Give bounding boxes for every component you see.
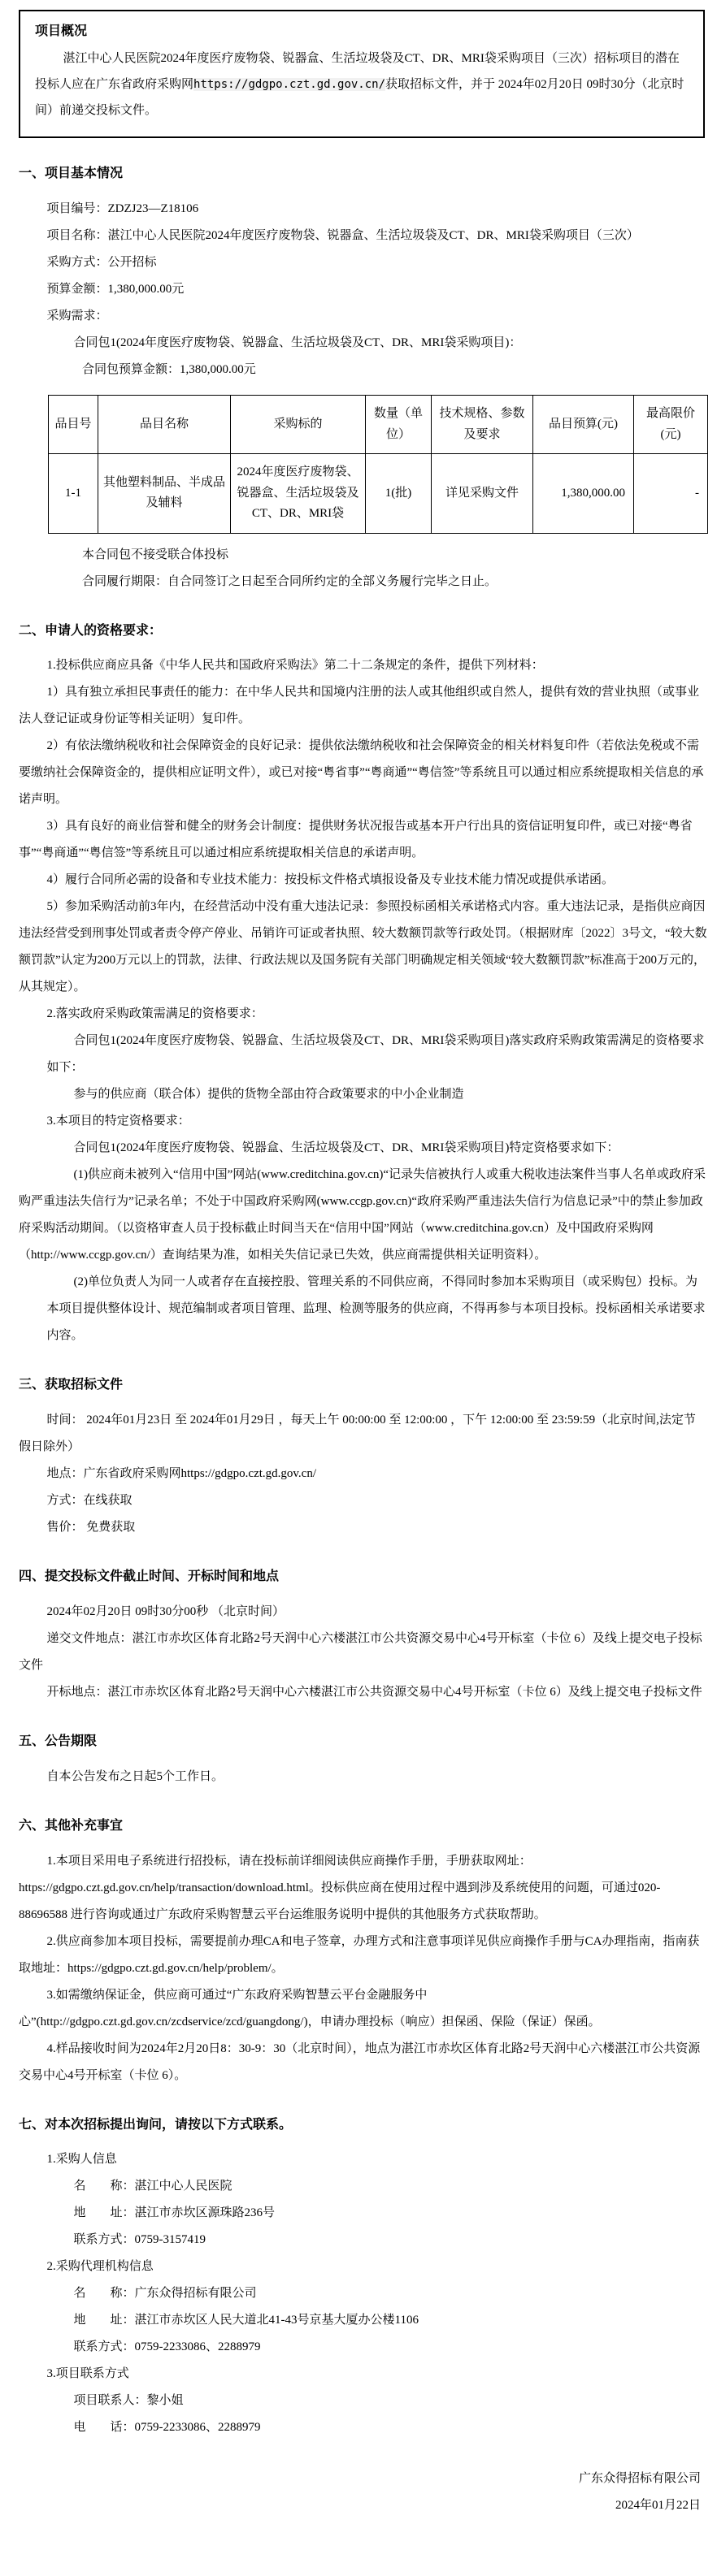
col-header-subject: 采购标的 <box>231 396 366 454</box>
table-row: 1-1 其他塑料制品、半成品及辅料 2024年度医疗废物袋、锐器盒、生活垃圾袋及… <box>49 454 708 534</box>
contract-package-budget-line: 合同包预算金额：1,380,000.00元 <box>82 357 707 383</box>
cell-item-budget: 1,380,000.00 <box>533 454 634 534</box>
col-header-item-no: 品目号 <box>49 396 98 454</box>
procurement-method-value: 公开招标 <box>108 256 157 269</box>
qualification-paragraph: 合同包1(2024年度医疗废物袋、锐器盒、生活垃圾袋及CT、DR、MRI袋采购项… <box>47 1028 708 1081</box>
project-name-value: 湛江中心人民医院2024年度医疗废物袋、锐器盒、生活垃圾袋及CT、DR、MRI袋… <box>108 229 639 242</box>
submission-place: 递交文件地点：湛江市赤坎区体育北路2号天润中心六楼湛江市公共资源交易中心4号开标… <box>19 1626 707 1679</box>
col-header-tech-spec: 技术规格、参数及要求 <box>432 396 533 454</box>
procurement-site-url: https://gdgpo.czt.gd.gov.cn/ <box>193 78 385 91</box>
project-name-label: 项目名称： <box>47 229 108 242</box>
project-number-label: 项目编号： <box>47 202 108 215</box>
bid-opening-place: 开标地点：湛江市赤坎区体育北路2号天润中心六楼湛江市公共资源交易中心4号开标室（… <box>19 1679 707 1706</box>
field-budget-amount: 预算金额：1,380,000.00元 <box>19 276 707 303</box>
qualification-paragraph: 参与的供应商（联合体）提供的货物全部由符合政策要求的中小企业制造 <box>47 1081 708 1108</box>
agency-info-title: 2.采购代理机构信息 <box>19 2253 707 2280</box>
performance-period-note: 合同履行期限：自合同签订之日起至合同所约定的全部义务履行完毕之日止。 <box>82 569 707 595</box>
agency-address: 地 址：湛江市赤坎区人民大道北41-43号京基大厦办公楼1106 <box>74 2307 708 2334</box>
announcement-document: 项目概况 湛江中心人民医院2024年度医疗废物袋、锐器盒、生活垃圾袋及CT、DR… <box>0 0 717 2576</box>
agency-address-value: 湛江市赤坎区人民大道北41-43号京基大厦办公楼1106 <box>135 2314 419 2327</box>
procurement-items-table: 品目号 品目名称 采购标的 数量（单位） 技术规格、参数及要求 品目预算(元) … <box>48 395 708 534</box>
field-project-number: 项目编号：ZDZJ23—Z18106 <box>19 196 707 223</box>
col-header-max-price: 最高限价(元) <box>634 396 708 454</box>
qualification-paragraph: (1)供应商未被列入“信用中国”网站(www.creditchina.gov.c… <box>19 1162 707 1269</box>
agency-phone-label: 联系方式： <box>74 2340 135 2353</box>
purchaser-address-value: 湛江市赤坎区源珠路236号 <box>135 2206 276 2219</box>
section-heading-announcement-period: 五、公告期限 <box>19 1730 707 1754</box>
budget-label: 预算金额： <box>47 283 108 296</box>
project-contact-person-label: 项目联系人： <box>74 2394 147 2407</box>
project-contact-phone-value: 0759-2233086、2288979 <box>135 2421 261 2434</box>
project-contact-phone: 电 话：0759-2233086、2288979 <box>74 2414 708 2441</box>
purchaser-name-label: 名 称： <box>74 2180 135 2193</box>
section-heading-submission: 四、提交投标文件截止时间、开标时间和地点 <box>19 1565 707 1589</box>
qualification-paragraph: 合同包1(2024年度医疗废物袋、锐器盒、生活垃圾袋及CT、DR、MRI袋采购项… <box>47 1135 708 1162</box>
supplementary-paragraph: 1.本项目采用电子系统进行招投标，请在投标前详细阅读供应商操作手册，手册获取网址… <box>19 1848 707 1929</box>
purchaser-name-value: 湛江中心人民医院 <box>135 2180 232 2193</box>
cell-item-name: 其他塑料制品、半成品及辅料 <box>98 454 231 534</box>
cell-max-price: - <box>634 454 708 534</box>
cell-subject: 2024年度医疗废物袋、锐器盒、生活垃圾袋及CT、DR、MRI袋 <box>231 454 366 534</box>
signature-date: 2024年01月22日 <box>19 2492 701 2519</box>
signature-block: 广东众得招标有限公司 2024年01月22日 <box>19 2466 707 2519</box>
field-project-name: 项目名称：湛江中心人民医院2024年度医疗废物袋、锐器盒、生活垃圾袋及CT、DR… <box>19 223 707 249</box>
purchaser-address: 地 址：湛江市赤坎区源珠路236号 <box>74 2200 708 2227</box>
purchaser-phone: 联系方式：0759-3157419 <box>74 2227 708 2253</box>
obtain-method-line: 方式：在线获取 <box>19 1487 707 1514</box>
cell-quantity: 1(批) <box>366 454 432 534</box>
agency-name-label: 名 称： <box>74 2287 135 2300</box>
field-procurement-method: 采购方式：公开招标 <box>19 249 707 276</box>
purchaser-name: 名 称：湛江中心人民医院 <box>74 2173 708 2200</box>
announcement-period-text: 自本公告发布之日起5个工作日。 <box>19 1764 707 1790</box>
signature-company: 广东众得招标有限公司 <box>19 2466 701 2492</box>
agency-name-value: 广东众得招标有限公司 <box>135 2287 257 2300</box>
qualification-paragraph: 3）具有良好的商业信誉和健全的财务会计制度：提供财务状况报告或基本开户行出具的资… <box>19 813 707 867</box>
qualification-paragraph: 4）履行合同所必需的设备和专业技术能力：按投标文件格式填报设备及专业技术能力情况… <box>19 867 707 894</box>
project-contact-phone-label: 电 话： <box>74 2421 135 2434</box>
obtain-time-line: 时间： 2024年01月23日 至 2024年01月29日 ，每天上午 00:0… <box>19 1407 707 1461</box>
qualification-paragraph: (2)单位负责人为同一人或者存在直接控股、管理关系的不同供应商，不得同时参加本采… <box>47 1269 708 1349</box>
section-heading-supplementary: 六、其他补充事宜 <box>19 1815 707 1838</box>
supplementary-paragraph: 3.如需缴纳保证金，供应商可通过“广东政府采购智慧云平台金融服务中心”(http… <box>19 1982 707 2036</box>
supplementary-paragraph: 2.供应商参加本项目投标，需要提前办理CA和电子签章，办理方式和注意事项详见供应… <box>19 1929 707 1982</box>
agency-phone-value: 0759-2233086、2288979 <box>135 2340 261 2353</box>
section-heading-basic-info: 一、项目基本情况 <box>19 162 707 186</box>
overview-paragraph: 湛江中心人民医院2024年度医疗废物袋、锐器盒、生活垃圾袋及CT、DR、MRI袋… <box>35 45 689 124</box>
project-contact-title: 3.项目联系方式 <box>19 2361 707 2388</box>
purchaser-address-label: 地 址： <box>74 2206 135 2219</box>
cell-tech-spec: 详见采购文件 <box>432 454 533 534</box>
project-contact-person: 项目联系人：黎小姐 <box>74 2388 708 2414</box>
obtain-place-line: 地点：广东省政府采购网https://gdgpo.czt.gd.gov.cn/ <box>19 1461 707 1487</box>
col-header-quantity: 数量（单位） <box>366 396 432 454</box>
procurement-method-label: 采购方式： <box>47 256 108 269</box>
section-heading-contact: 七、对本次招标提出询问，请按以下方式联系。 <box>19 2114 707 2137</box>
qualification-paragraph: 5）参加采购活动前3年内，在经营活动中没有重大违法记录：参照投标函相关承诺格式内… <box>19 894 707 1001</box>
table-header-row: 品目号 品目名称 采购标的 数量（单位） 技术规格、参数及要求 品目预算(元) … <box>49 396 708 454</box>
section-heading-obtain-documents: 三、获取招标文件 <box>19 1374 707 1397</box>
obtain-price-line: 售价： 免费获取 <box>19 1514 707 1541</box>
purchaser-phone-label: 联系方式： <box>74 2233 135 2246</box>
project-number-value: ZDZJ23—Z18106 <box>108 202 199 215</box>
agency-name: 名 称：广东众得招标有限公司 <box>74 2280 708 2307</box>
agency-address-label: 地 址： <box>74 2314 135 2327</box>
col-header-item-budget: 品目预算(元) <box>533 396 634 454</box>
budget-value: 1,380,000.00元 <box>108 283 185 296</box>
col-header-item-name: 品目名称 <box>98 396 231 454</box>
section-heading-qualification: 二、申请人的资格要求： <box>19 620 707 643</box>
qualification-paragraph: 1.投标供应商应具备《中华人民共和国政府采购法》第二十二条规定的条件，提供下列材… <box>19 652 707 679</box>
supplementary-paragraph: 4.样品接收时间为2024年2月20日8：30-9：30（北京时间），地点为湛江… <box>19 2036 707 2089</box>
submission-deadline: 2024年02月20日 09时30分00秒 （北京时间） <box>19 1599 707 1626</box>
qualification-paragraph: 1）具有独立承担民事责任的能力：在中华人民共和国境内注册的法人或其他组织或自然人… <box>19 679 707 733</box>
project-overview-box: 项目概况 湛江中心人民医院2024年度医疗废物袋、锐器盒、生活垃圾袋及CT、DR… <box>19 10 705 138</box>
qualification-paragraph: 3.本项目的特定资格要求： <box>19 1108 707 1135</box>
field-procurement-demand: 采购需求： <box>19 303 707 330</box>
contract-package-line: 合同包1(2024年度医疗废物袋、锐器盒、生活垃圾袋及CT、DR、MRI袋采购项… <box>47 330 708 357</box>
project-contact-person-value: 黎小姐 <box>147 2394 184 2407</box>
cell-item-no: 1-1 <box>49 454 98 534</box>
purchaser-info-title: 1.采购人信息 <box>19 2146 707 2173</box>
agency-phone: 联系方式：0759-2233086、2288979 <box>74 2334 708 2361</box>
no-consortium-note: 本合同包不接受联合体投标 <box>82 542 707 569</box>
purchaser-phone-value: 0759-3157419 <box>135 2233 206 2246</box>
qualification-paragraph: 2）有依法缴纳税收和社会保障资金的良好记录：提供依法缴纳税收和社会保障资金的相关… <box>19 733 707 813</box>
overview-title: 项目概况 <box>35 18 689 45</box>
qualification-paragraph: 2.落实政府采购政策需满足的资格要求： <box>19 1001 707 1028</box>
